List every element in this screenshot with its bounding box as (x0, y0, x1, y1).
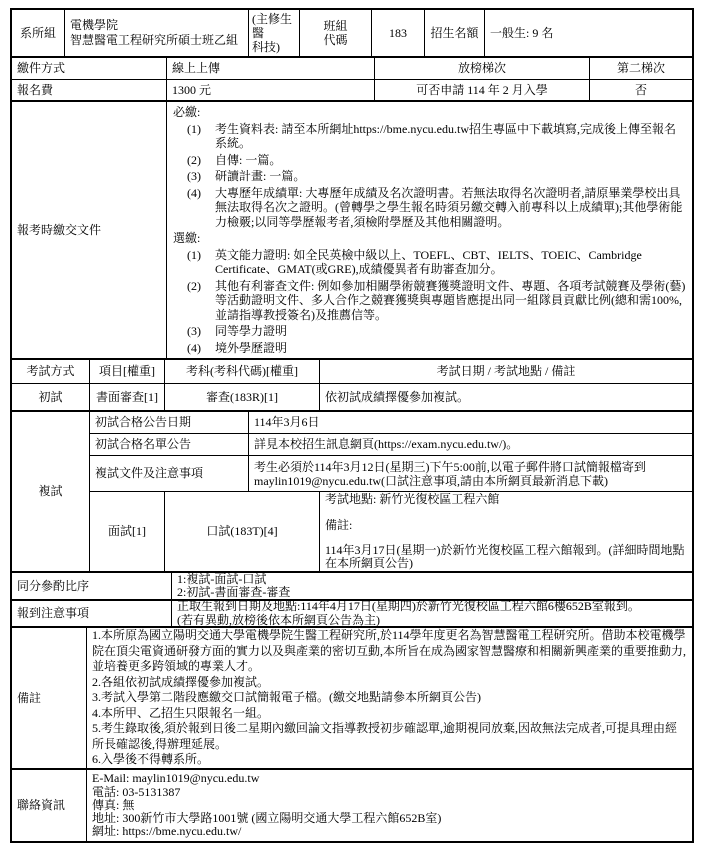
contact-label: 聯絡資訊 (12, 770, 87, 841)
dept-major: (主修生醫 科技) (249, 10, 300, 56)
registration-label: 報到注意事項 (12, 601, 172, 626)
second-exam-value: 114年3月6日 (249, 412, 692, 433)
item-number: (3) (187, 324, 215, 339)
exam-header-row: 考試方式 項目[權重] 考科(考科代碼)[權重] 考試日期 / 考試地點 / 備… (12, 360, 692, 384)
fee-value: 1300 元 (167, 80, 375, 100)
class-code-label: 班組 代碼 (300, 10, 372, 56)
contact-value: E-Mail: maylin1019@nycu.edu.tw 電話: 03-51… (87, 770, 692, 841)
second-exam-label: 複試 (12, 412, 90, 571)
first-exam-label: 初試 (12, 384, 90, 410)
item-text: 研讀計畫: 一篇。 (215, 169, 686, 184)
first-exam-subject: 審查(183R)[1] (165, 384, 320, 410)
dept-row: 系所組 電機學院 智慧醫電工程研究所碩士班乙組 (主修生醫 科技) 班組 代碼 … (12, 10, 692, 58)
tiebreak-value: 1:複試-面試-口試 2:初試-書面審查-審查 (172, 573, 692, 599)
exam-subject-header: 考科(考科代碼)[權重] (165, 360, 320, 383)
submission-row: 繳件方式 線上上傳 放榜梯次 第二梯次 (12, 58, 692, 80)
documents-row: 報考時繳交文件 必繳: (1) 考生資料表: 請至本所網址https://bme… (12, 102, 692, 360)
required-item: (4) 大專歷年成績單: 大專歷年成績及名次證明書。若無法取得名次證明者,請原畢… (187, 186, 686, 230)
dept-label: 系所組 (12, 10, 65, 56)
optional-title: 選繳: (173, 231, 686, 246)
announce-label: 放榜梯次 (375, 58, 590, 79)
interview-subrow: 面試[1] 口試(183T)[4] 考試地點: 新竹光復校區工程六館 備註: 1… (90, 492, 692, 571)
tiebreak-label: 同分參酌比序 (12, 573, 172, 599)
registration-row: 報到注意事項 正取生報到日期及地點:114年4月17日(星期四)於新竹光復校區工… (12, 601, 692, 628)
required-item: (2) 自傳: 一篇。 (187, 153, 686, 168)
optional-item: (2) 其他有利審查文件: 例如參加相關學術競賽獲獎證明文件、專題、各項考試競賽… (187, 279, 686, 323)
item-text: 英文能力證明: 如全民英檢中級以上、TOEFL、CBT、IELTS、TOEIC、… (215, 248, 686, 277)
first-exam-info: 依初試成績擇優參加複試。 (320, 384, 692, 410)
second-exam-key: 初試合格公告日期 (90, 412, 249, 433)
optional-item: (3) 同等學力證明 (187, 324, 686, 339)
announce-value: 第二梯次 (590, 58, 692, 79)
second-exam-value: 詳見本校招生訊息網頁(https://exam.nycu.edu.tw/)。 (249, 434, 692, 455)
first-exam-item: 書面審查[1] (90, 384, 165, 410)
item-number: (2) (187, 153, 215, 168)
interview-subject: 口試(183T)[4] (165, 492, 320, 571)
remarks-label: 備註 (12, 628, 87, 768)
interview-info: 考試地點: 新竹光復校區工程六館 備註: 114年3月17日(星期一)於新竹光復… (320, 492, 692, 571)
item-text: 境外學歷證明 (215, 341, 686, 356)
remarks-value: 1.本所原為國立陽明交通大學電機學院生醫工程研究所,於114學年度更名為智慧醫電… (87, 628, 692, 768)
second-exam-value: 考生必須於114年3月12日(星期三)下午5:00前,以電子郵件將口試簡報檔寄到… (249, 456, 692, 491)
tiebreak-row: 同分參酌比序 1:複試-面試-口試 2:初試-書面審查-審查 (12, 573, 692, 601)
item-number: (1) (187, 248, 215, 277)
documents-content: 必繳: (1) 考生資料表: 請至本所網址https://bme.nycu.ed… (167, 102, 692, 358)
dept-name: 電機學院 智慧醫電工程研究所碩士班乙組 (65, 10, 249, 56)
item-text: 同等學力證明 (215, 324, 686, 339)
fee-label: 報名費 (12, 80, 167, 100)
exam-method-header: 考試方式 (12, 360, 90, 383)
quota-value: 一般生: 9 名 (485, 10, 692, 56)
optional-item: (1) 英文能力證明: 如全民英檢中級以上、TOEFL、CBT、IELTS、TO… (187, 248, 686, 277)
second-exam-row: 複試 初試合格公告日期 114年3月6日 初試合格名單公告 詳見本校招生訊息網頁… (12, 412, 692, 573)
item-text: 大專歷年成績單: 大專歷年成績及名次證明書。若無法取得名次證明者,請原畢業學校出… (215, 186, 686, 230)
required-item: (3) 研讀計畫: 一篇。 (187, 169, 686, 184)
second-exam-details: 初試合格公告日期 114年3月6日 初試合格名單公告 詳見本校招生訊息網頁(ht… (90, 412, 692, 571)
exam-info-header: 考試日期 / 考試地點 / 備註 (320, 360, 692, 383)
feb-entry-value: 否 (590, 80, 692, 100)
contact-row: 聯絡資訊 E-Mail: maylin1019@nycu.edu.tw 電話: … (12, 770, 692, 841)
remarks-row: 備註 1.本所原為國立陽明交通大學電機學院生醫工程研究所,於114學年度更名為智… (12, 628, 692, 770)
documents-label: 報考時繳交文件 (12, 102, 167, 358)
interview-item: 面試[1] (90, 492, 165, 571)
item-number: (1) (187, 122, 215, 151)
item-text: 自傳: 一篇。 (215, 153, 686, 168)
second-exam-key: 初試合格名單公告 (90, 434, 249, 455)
item-number: (2) (187, 279, 215, 323)
quota-label: 招生名額 (425, 10, 485, 56)
submission-value: 線上上傳 (167, 58, 375, 79)
registration-value: 正取生報到日期及地點:114年4月17日(星期四)於新竹光復校區工程六館6樓65… (172, 601, 692, 626)
required-item: (1) 考生資料表: 請至本所網址https://bme.nycu.edu.tw… (187, 122, 686, 151)
class-code-value: 183 (372, 10, 425, 56)
feb-entry-label: 可否申請 114 年 2 月入學 (375, 80, 590, 100)
admission-table: 系所組 電機學院 智慧醫電工程研究所碩士班乙組 (主修生醫 科技) 班組 代碼 … (10, 8, 694, 843)
submission-label: 繳件方式 (12, 58, 167, 79)
second-exam-key: 複試文件及注意事項 (90, 456, 249, 491)
second-exam-subrow: 複試文件及注意事項 考生必須於114年3月12日(星期三)下午5:00前,以電子… (90, 456, 692, 492)
item-number: (4) (187, 341, 215, 356)
fee-row: 報名費 1300 元 可否申請 114 年 2 月入學 否 (12, 80, 692, 102)
item-number: (3) (187, 169, 215, 184)
item-number: (4) (187, 186, 215, 230)
item-text: 考生資料表: 請至本所網址https://bme.nycu.edu.tw招生專區… (215, 122, 686, 151)
exam-item-header: 項目[權重] (90, 360, 165, 383)
optional-item: (4) 境外學歷證明 (187, 341, 686, 356)
required-title: 必繳: (173, 105, 686, 120)
second-exam-subrow: 初試合格名單公告 詳見本校招生訊息網頁(https://exam.nycu.ed… (90, 434, 692, 456)
second-exam-subrow: 初試合格公告日期 114年3月6日 (90, 412, 692, 434)
first-exam-row: 初試 書面審查[1] 審查(183R)[1] 依初試成績擇優參加複試。 (12, 384, 692, 412)
item-text: 其他有利審查文件: 例如參加相關學術競賽獲獎證明文件、專題、各項考試競賽及學術(… (215, 279, 686, 323)
